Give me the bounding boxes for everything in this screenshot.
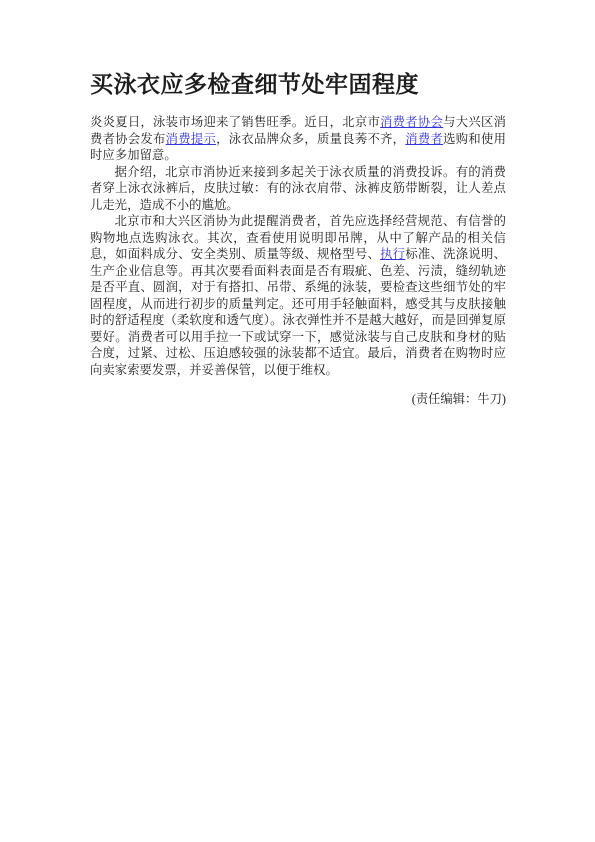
document-page: 买泳衣应多检查细节处牢固程度 炎炎夏日，泳装市场迎来了销售旺季。近日，北京市消费… [0, 0, 595, 842]
paragraph-text: 标准、洗涤说明、生产企业信息等。再其次要看面料表面是否有瑕疵、色差、污渍，缝纫轨… [90, 247, 506, 377]
paragraph-text: 据介绍，北京市消协近来接到多起关于泳衣质量的消费投诉。有的消费者穿上泳衣泳裤后，… [90, 165, 506, 212]
editor-credit: (责任编辑：牛刀) [90, 391, 506, 408]
paragraph-complaints: 据介绍，北京市消协近来接到多起关于泳衣质量的消费投诉。有的消费者穿上泳衣泳裤后，… [90, 164, 506, 214]
link-consumer[interactable]: 消费者 [405, 132, 443, 146]
paragraph-text: ，泳衣品牌众多，质量良莠不齐， [216, 132, 405, 146]
paragraph-text: 炎炎夏日，泳装市场迎来了销售旺季。近日，北京市 [90, 115, 380, 129]
paragraph-advice: 北京市和大兴区消协为此提醒消费者，首先应选择经营规范、有信誉的购物地点选购泳衣。… [90, 213, 506, 378]
article-title: 买泳衣应多检查细节处牢固程度 [90, 70, 506, 100]
article-content: 买泳衣应多检查细节处牢固程度 炎炎夏日，泳装市场迎来了销售旺季。近日，北京市消费… [90, 70, 506, 408]
paragraph-intro: 炎炎夏日，泳装市场迎来了销售旺季。近日，北京市消费者协会与大兴区消费者协会发布消… [90, 114, 506, 164]
link-execution-standard[interactable]: 执行 [380, 247, 405, 261]
link-consumer-association[interactable]: 消费者协会 [380, 115, 443, 129]
link-consumption-tips[interactable]: 消费提示 [166, 132, 216, 146]
